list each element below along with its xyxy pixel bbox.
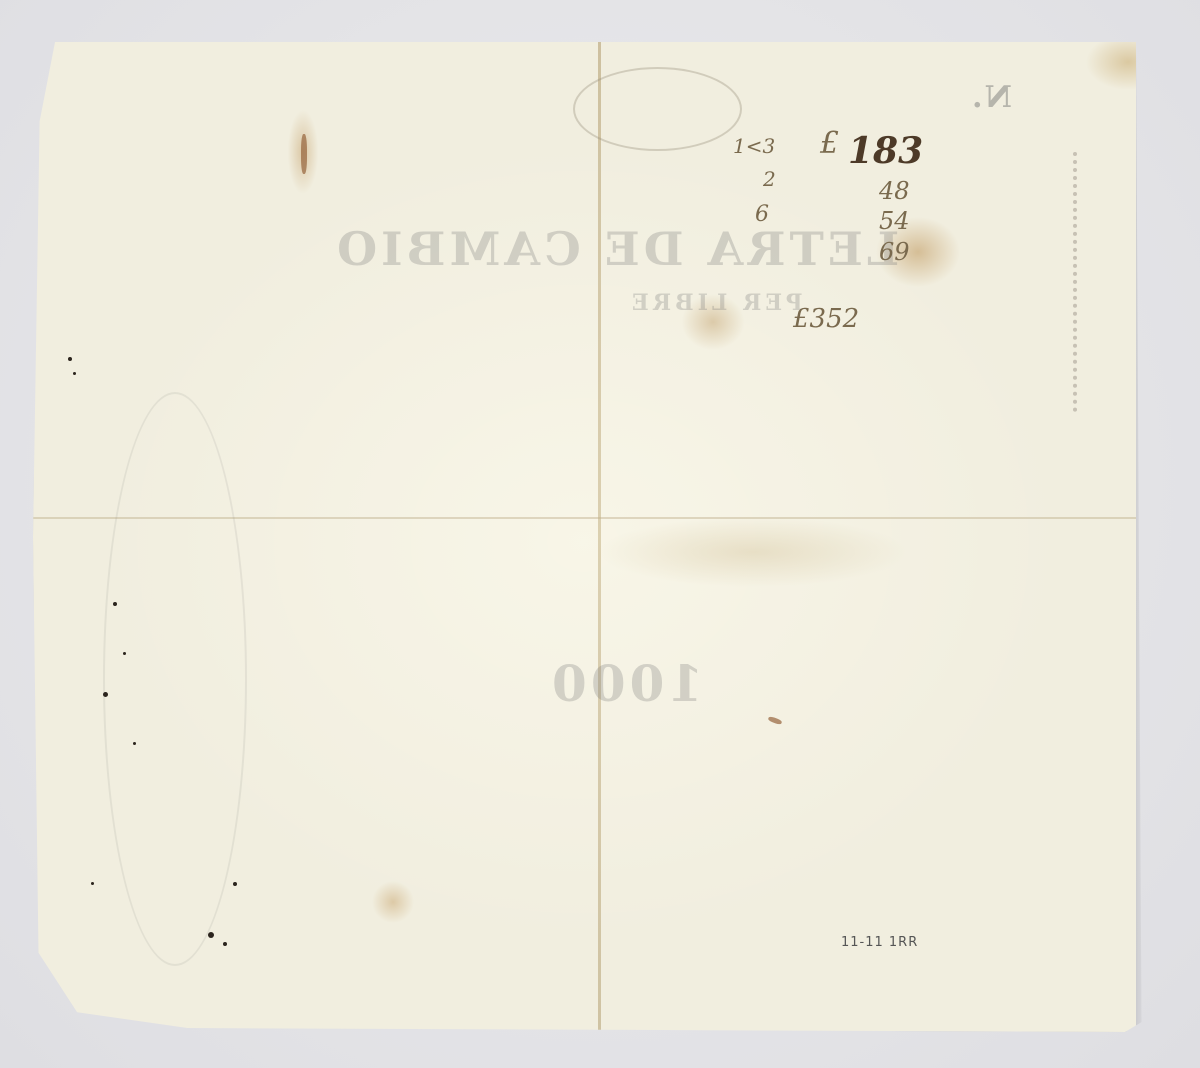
mirrored-title-bleedthrough: LETRA DE CAMBIO <box>333 222 899 276</box>
tally-total: £352 <box>793 304 859 334</box>
tally-right-1: 48 <box>879 177 910 205</box>
tally-right-2: 54 <box>879 207 910 235</box>
stain-streak <box>301 134 307 174</box>
vertical-fold-line <box>598 42 601 1032</box>
mirrored-number-bleedthrough: 1000 <box>548 654 703 713</box>
mirrored-subtitle-bleedthrough: PER LIBRE <box>628 290 803 316</box>
pound-symbol: £ <box>820 126 839 161</box>
tally-left-1: 2 <box>763 167 776 191</box>
tally-right-0: 183 <box>848 130 923 172</box>
faint-oval-seal <box>103 392 247 966</box>
corner-mark-bleedthrough: N. <box>968 80 1012 115</box>
tally-right-3: 69 <box>879 238 910 266</box>
paper-sheet: LETRA DE CAMBIO PER LIBRE 1000 N. 1<3 2 … <box>33 42 1136 1032</box>
tally-left-0: 1<3 <box>733 134 775 158</box>
oval-stamp-impression <box>573 67 742 151</box>
tally-left-2: 6 <box>755 202 769 227</box>
perforated-border <box>1073 152 1083 412</box>
pencil-catalog-note: 11-11 1RR <box>841 935 918 950</box>
stain-speck <box>768 716 783 725</box>
